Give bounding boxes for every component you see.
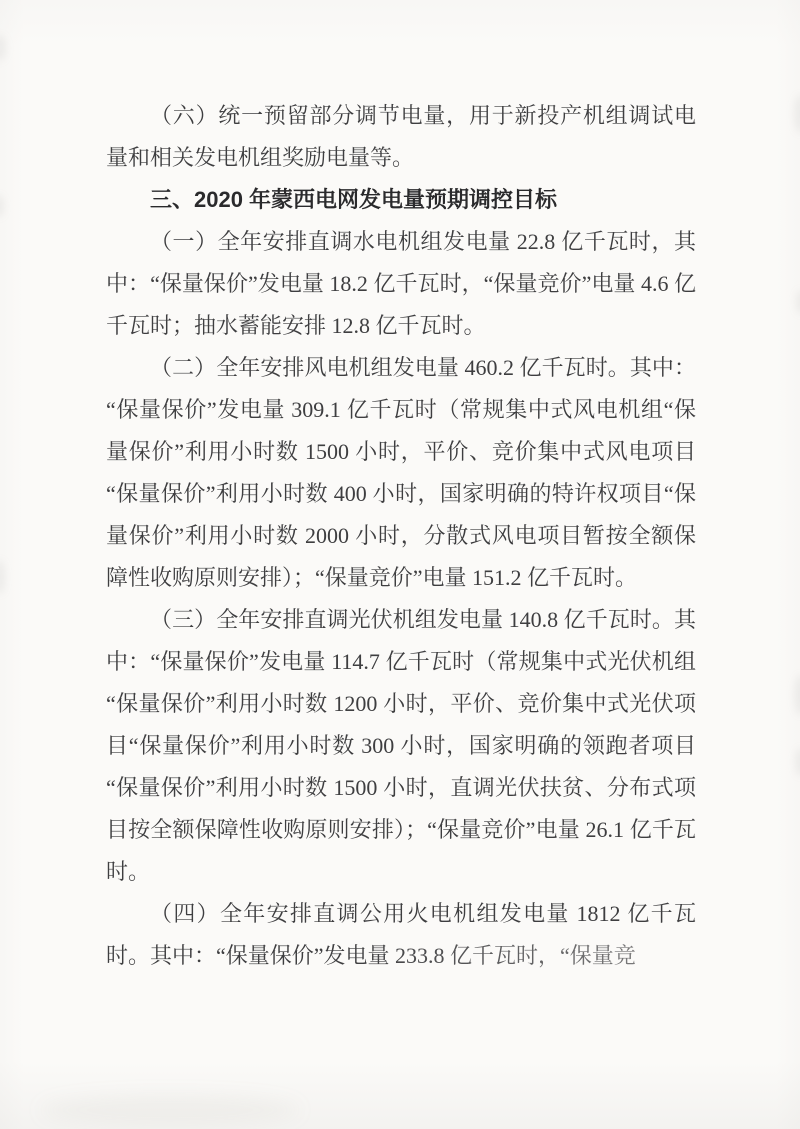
scan-smudge bbox=[796, 290, 800, 314]
scan-smudge bbox=[0, 195, 4, 217]
scan-smudge bbox=[40, 1095, 300, 1125]
paragraph-item-2: （二）全年安排风电机组发电量 460.2 亿千瓦时。其中：“保量保价”发电量 3… bbox=[106, 347, 696, 599]
paragraph-item-6: （六）统一预留部分调节电量，用于新投产机组调试电量和相关发电机组奖励电量等。 bbox=[106, 95, 696, 179]
scan-smudge bbox=[794, 95, 800, 133]
paragraph-item-1: （一）全年安排直调水电机组发电量 22.8 亿千瓦时，其中：“保量保价”发电量 … bbox=[106, 221, 696, 347]
document-page: （六）统一预留部分调节电量，用于新投产机组调试电量和相关发电机组奖励电量等。 三… bbox=[0, 0, 800, 1129]
scan-smudge bbox=[795, 748, 800, 776]
scan-smudge bbox=[0, 35, 6, 61]
paragraph-item-3: （三）全年安排直调光伏机组发电量 140.8 亿千瓦时。其中：“保量保价”发电量… bbox=[106, 599, 696, 893]
section-heading: 三、2020 年蒙西电网发电量预期调控目标 bbox=[106, 179, 696, 221]
scan-fade-artifact bbox=[106, 983, 700, 1017]
scan-smudge bbox=[794, 675, 800, 715]
paragraph-item-4: （四）全年安排直调公用火电机组发电量 1812 亿千瓦时。其中：“保量保价”发电… bbox=[106, 893, 696, 977]
scan-smudge bbox=[0, 560, 5, 594]
text-block: （六）统一预留部分调节电量，用于新投产机组调试电量和相关发电机组奖励电量等。 三… bbox=[106, 95, 696, 977]
